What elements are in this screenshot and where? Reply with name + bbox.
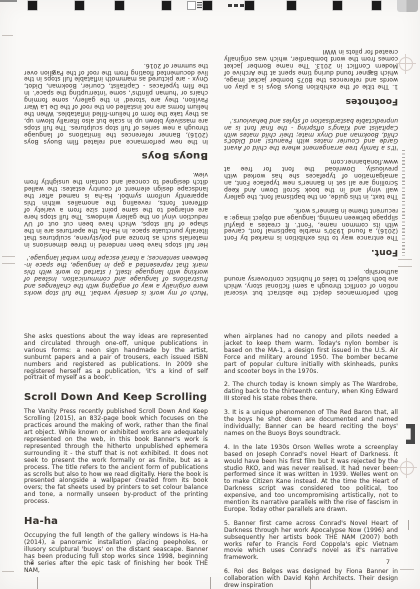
font-heading: Font. [224,246,398,257]
paragraph: The Vanity Press recently published Scro… [24,409,208,506]
fold-mark [398,259,412,260]
dash-mark [228,4,232,7]
paragraph: She asks questions about the way ideas a… [24,334,208,382]
crop-mark [2,571,14,572]
footnote: 3. It is a unique phenomenon of The Red … [224,410,398,438]
crop-mark [408,520,409,530]
page-2: She asks questions about the way ideas a… [24,334,208,570]
dash-mark [234,4,238,7]
fold-mark [398,266,412,267]
scan-edge-mark [0,0,17,2]
ink-bracket-mark [406,424,415,444]
page-number: 6 [368,68,372,76]
artist-quote: 'Much of my work is densely verbal. The … [24,254,208,295]
dash-mark [240,4,244,7]
page-number: 3 [52,68,56,76]
buoys-boys-heading: Buoys Boys [24,150,208,161]
fold-mark [2,35,13,36]
scroll-down-heading: Scroll Down And Keep Scrolling [24,392,208,403]
collation-square-mark [162,1,171,10]
crop-mark [400,569,414,570]
page-number: 7 [386,558,390,566]
collation-square-mark [372,1,381,10]
collation-square-mark [333,1,342,10]
paragraph: The entrance way to this exhibition is m… [224,206,398,241]
paragraph: when airplanes had no canopy and pilots … [224,334,398,375]
scanned-booklet-sheet: 'Much of my work is densely verbal. The … [0,0,420,589]
registration-crosshair-icon [399,57,413,71]
crop-mark [210,577,211,589]
footnotes-heading: Footnotes [224,95,398,106]
collation-square-mark [203,1,212,10]
footnote: 2. The church today is known simply as T… [224,382,398,403]
fold-mark [2,256,15,257]
footnote: 4. In the late 1930s Orson Welles wrote … [224,445,398,514]
crop-mark [37,577,38,589]
page-number: 2 [30,558,34,566]
collation-square-mark [115,1,124,10]
page-6-rotated: Both performances depict the abstract bu… [224,62,398,295]
collation-square-mark [245,1,254,10]
collation-square-mark [28,1,37,10]
collation-square-mark [287,1,296,10]
striped-square-mark [197,2,202,9]
collation-square-mark [75,1,84,10]
footnote: 5. Banner first came across Conrad's Nov… [224,521,398,562]
ha-ha-heading: Ha-ha [24,516,208,527]
spine-imprint-strip [402,150,405,256]
page-3-rotated: 'Much of my work is densely verbal. The … [24,62,208,295]
paragraph: Both performances depict the abstract bu… [224,267,398,295]
page-7: when airplanes had no canopy and pilots … [224,334,398,570]
tape-fragment-mark [397,0,418,12]
outline-square-mark [187,1,196,10]
paragraph: Her full stops have been rendered in thr… [24,171,208,247]
paragraph: Occupying the full length of the gallery… [24,533,208,574]
registration-crosshair-icon [400,461,414,475]
footnote: 6. Roi des Belges was designed by Fiona … [224,569,398,589]
paragraph: The text, in this guide, on the baptisma… [224,157,398,198]
artist-quote: 'It's a family tree arrangement where th… [224,116,398,151]
fold-mark [2,263,15,264]
